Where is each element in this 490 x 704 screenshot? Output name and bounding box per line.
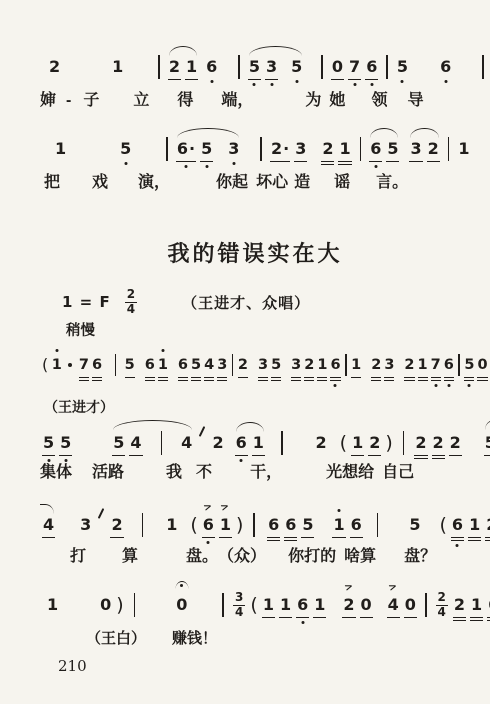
spacer [310,183,334,184]
beam-underline [321,161,334,163]
vocal-system2-lyrics: 打算盘。（众）你打的啥算盘？ [40,545,470,569]
intro-notes: (176561654323532161232176505050) [40,349,470,381]
note: 0 [330,57,345,77]
note: 5 [111,433,126,453]
note: 3 [264,57,279,77]
beam-underline [365,79,378,81]
note-digit: 1 [471,597,482,613]
beam-underline [296,617,309,619]
beam-underline [270,161,290,163]
beam-underline [330,380,340,382]
note-digit: 3 [384,358,394,373]
beam-underline [409,161,422,163]
note: 6 [144,355,156,375]
beam-underline [110,537,123,539]
lyric-word: 导 [407,91,423,110]
barline [281,431,283,455]
breath-mark-icon [199,426,206,437]
barline [238,55,240,79]
octave-dot-low [301,621,304,624]
spacer [375,605,385,606]
note-digit: 2 [49,59,60,75]
spacer [261,525,265,526]
accent-icon: > [220,501,232,514]
spacer [200,67,203,68]
beam-underline [145,380,155,382]
spacer [350,183,376,184]
note: 1> [218,515,233,535]
spacer [119,365,123,366]
octave-dot-low [468,384,471,387]
note: 0 [98,595,113,615]
spacer [387,101,407,102]
note-digit: 3 [295,141,306,157]
note-digit: 5 [409,517,420,533]
note-digit: 6 [236,435,247,451]
spacer [266,557,288,558]
spacer [126,525,136,526]
spacer [215,149,225,150]
beam-underline [468,537,481,539]
beam-underline [294,161,307,163]
note: 5 [58,433,73,453]
open-paren-icon: ( [42,355,48,375]
song-title: 我的错误实在大 [40,239,470,269]
note-digit: 1 [220,517,231,533]
beam-underline [348,79,361,81]
beam-underline [418,380,428,382]
octave-dot-low [447,384,450,387]
barline [260,137,262,161]
beam-underline [265,79,278,81]
octave-dot-low [64,459,67,462]
spacer [376,557,404,558]
octave-dot-high [338,509,341,512]
note-digit: 2 [322,141,333,157]
note-digit: 2 [238,358,248,373]
beam-underline [418,377,428,379]
note-digit: 1 [280,597,291,613]
time-signature: 24 [125,288,137,317]
octave-dot-low [353,83,356,86]
note: 1 [164,515,179,535]
note: 4 [179,433,194,453]
beam-underline [485,540,490,542]
octave-dot-low [240,459,243,462]
note-digit: 6 [203,517,214,533]
octave-dot-low [253,83,256,86]
spacer [212,473,250,474]
note: 2 [367,433,382,453]
note: 6 [266,515,281,535]
note: 6 [349,515,364,535]
note-digit: 6 [206,59,217,75]
beam-underline [330,377,340,379]
slur-arc [485,420,490,430]
note-digit: 2 [371,358,381,373]
beam-underline [470,617,483,619]
note-digit: 1 [166,517,177,533]
note: 1 [261,595,276,615]
beam-underline [369,161,382,163]
sheet-music-page: 2121653507656 婶-子立得端，为她领导 156·532·321653… [0,0,490,704]
note-digit: 3 [228,141,239,157]
beam-underline [404,380,414,382]
note: 2 [426,139,441,159]
note-digit: 0 [332,59,343,75]
note: 0 [476,355,488,375]
note-digit: 5 [60,435,71,451]
slur-arc [410,128,438,138]
spacer [126,605,128,606]
barline [115,354,117,376]
barline [161,431,163,455]
note: 1 [53,139,68,159]
beam-underline [468,540,481,542]
spacer [321,101,329,102]
note: 7 [430,355,442,375]
beam-underline [317,377,327,379]
beam-underline [368,455,381,457]
octave-dot-low [444,80,447,83]
octave-dot-low [334,384,337,387]
tempo-marking: 稍慢 [66,319,470,341]
note: 2 [413,433,428,453]
note-digit: 2 [271,141,282,157]
spoken-text: 赚钱！ [172,627,217,648]
barline [222,593,224,617]
note: 5 [395,57,410,77]
spacer [411,67,437,68]
octave-dot-low [295,80,298,83]
note: 6 [438,57,453,77]
note: 5 [41,433,56,453]
beam-underline [451,537,464,539]
performer-cue-label: （王进才） [44,397,470,419]
note-digit: 1 [186,59,197,75]
note: 6 [177,355,189,375]
lyric-word: 立 [133,91,149,110]
spacer [126,67,152,68]
note: 5 [118,139,133,159]
octave-dot-low [374,165,377,168]
beam-underline [178,377,188,379]
octave-dot-low [47,459,50,462]
beam-underline [191,380,201,382]
note: 2 [210,433,225,453]
slur-arc [370,128,398,138]
note-digit: 5 [302,517,313,533]
octave-dot-low [456,544,459,547]
vocal-system1-lyrics: 集体活路我不干，光想给自己 [40,461,470,485]
note: 0 [174,595,189,615]
note-digit: 6 [92,358,102,373]
beam-underline [431,380,441,382]
note: 5 [199,139,214,159]
note: 3 [290,355,302,375]
note-digit: 2 [486,517,490,533]
spacer [328,605,340,606]
time-signature: 24 [436,591,448,620]
beam-underline [432,458,445,460]
note: 1 [337,139,352,159]
close-paren-icon: ) [385,433,392,453]
note-digit: 5 [201,141,212,157]
note: 1 [110,57,125,77]
lyric-word: 演， [138,173,170,192]
note-digit: 1 [47,597,58,613]
time-sig-numerator: 2 [436,591,448,606]
note-digit: 3 [410,141,421,157]
beam-underline [338,161,351,163]
note-digit: 3 [80,517,91,533]
barline [403,431,405,455]
slur-arc [236,422,264,432]
beam-underline [204,377,214,379]
open-paren-icon: ( [190,515,197,535]
beam-underline [217,380,227,382]
octave-dot-low [370,83,373,86]
octave-dot-low [184,165,187,168]
song1-system2-lyrics: 把戏演，你起坏心造谣言。 [40,171,470,195]
slur-group: 54 [482,431,490,455]
breath-mark-icon [98,508,105,519]
note-digit: 6 [452,517,463,533]
beam-underline [125,377,135,379]
note-digit: 1 [263,597,274,613]
spacer [61,605,97,606]
spacer [141,605,173,606]
beam-underline [477,380,487,382]
note-digit: 2 [316,435,327,451]
note: 1 [51,355,63,375]
note: 2 [403,355,415,375]
note-digit: 6 [351,517,362,533]
note-digit: 4 [130,435,141,451]
spacer [365,525,371,526]
beam-underline [332,537,345,539]
beam-underline [217,377,227,379]
lyric-word: 算 [122,547,138,566]
note: 3 [293,139,308,159]
spacer [63,365,66,366]
slur-group: 6·53 [174,139,243,159]
beam-underline [178,380,188,382]
note: 5 [483,433,490,453]
note-digit: 5 [397,59,408,75]
note-digit: 4 [388,597,399,613]
note: 2> [341,595,356,615]
lyric-word: 你打的 [288,547,336,566]
note: 1 [350,355,362,375]
beam-underline [279,617,292,619]
lyric-word: 言。 [376,173,408,192]
note: 2 [109,515,124,535]
note: 5 [300,515,315,535]
beam-underline [202,537,215,539]
beam-underline [42,455,55,457]
augmentation-dot [68,363,72,367]
beam-underline [449,455,462,457]
note-digit: 2 [343,597,354,613]
note-digit: 2 [369,435,380,451]
lyric-word: 把 [44,173,60,192]
note-digit: 1 [351,358,361,373]
octave-dot-low [205,165,208,168]
note-digit: 7 [79,358,89,373]
song1-system1-lyrics: 婶-子立得端，为她领导 [40,89,470,113]
slur-arc [169,46,197,56]
beam-underline [92,380,102,382]
note-digit: 6 [440,59,451,75]
beam-underline [185,79,198,81]
beam-underline [431,377,441,379]
spacer [74,443,110,444]
note: 2 [452,595,467,615]
beam-underline [158,380,168,382]
note: 3 [408,139,423,159]
note: 6 [364,57,379,77]
beam-underline [284,540,297,542]
spacer [182,473,196,474]
spacer [69,149,117,150]
note-digit: 6 [177,141,188,157]
note-digit: 5 [191,358,201,373]
spacer [345,101,371,102]
lyric-word: 坏心 [256,173,288,192]
note: 2 [47,57,62,77]
beam-underline [304,380,314,382]
note-digit: 1 [158,358,168,373]
beam-underline [291,377,301,379]
spacer [86,557,122,558]
spacer [136,365,143,366]
beam-underline [371,377,381,379]
note-digit: 1 [458,141,469,157]
beam-underline [158,377,168,379]
note-digit: 1 [352,435,363,451]
lyric-word: 干， [250,463,282,482]
accent-icon: > [387,581,399,594]
note: 3 [226,139,241,159]
spacer [190,605,216,606]
barline [134,593,136,617]
beam-underline [219,537,232,539]
note-digit: 5 [464,358,474,373]
spacer [149,101,177,102]
spacer [99,101,133,102]
note: 3 [78,515,93,535]
spacer [309,149,319,150]
note: 5 [270,355,282,375]
spacer [71,101,83,102]
note-digit: 2 [454,597,465,613]
beam-underline [451,540,464,542]
note: 5 [190,355,202,375]
lyric-word: 子 [83,91,99,110]
note-digit: 0 [405,597,416,613]
lyric-word: 为 [305,91,321,110]
note: 4 [128,433,143,453]
fermata-icon [175,581,188,589]
beam-underline [252,455,265,457]
beam-underline [387,617,400,619]
note: 3 [383,355,395,375]
note-digit: 5 [120,141,131,157]
beam-underline [414,458,427,460]
note-digit: 1 [418,358,428,373]
note-digit: 6 [178,358,188,373]
note: 5 [124,355,136,375]
spacer [108,183,138,184]
beam-underline [271,380,281,382]
note-digit: 0 [477,358,487,373]
lyric-word: 谣 [334,173,350,192]
barline [482,55,484,79]
beam-underline [258,377,268,379]
beam-underline [313,617,326,619]
spacer [245,525,247,526]
slur-group: 61 [233,433,267,453]
spacer [134,149,160,150]
octave-dot-low [232,162,235,165]
spacer [72,473,92,474]
slur-group: 544 [110,431,195,455]
time-sig-numerator: 2 [125,288,137,303]
note: 0 [359,595,374,615]
beam-underline [271,377,281,379]
beam-underline [248,79,261,81]
note-digit: 5 [249,59,260,75]
beam-underline [291,380,301,382]
note: 2 [167,57,182,77]
note: 4 [203,355,215,375]
note-digit: 2 [212,435,223,451]
spacer [56,101,66,102]
note: 1 [456,139,471,159]
beam-underline [42,537,55,539]
key-signature-line: 1 = F 24 （王进才、众唱） [62,289,470,315]
lyric-word: 自己 [382,463,414,482]
barline [232,354,234,376]
beam-underline [176,161,196,163]
vocal-system3-notes: 10)034(11612>04>024216650) [40,589,470,621]
lyric-word: 戏 [92,173,108,192]
beam-underline [351,377,361,379]
note-digit: 1 [52,358,62,373]
note-digit: 4 [204,358,214,373]
note-digit: 3 [258,358,268,373]
note-digit: 5 [291,59,302,75]
beam-underline [267,540,280,542]
spacer [242,149,254,150]
beam-underline [351,455,364,457]
note-digit: 0 [100,597,111,613]
beam-underline [432,455,445,457]
note: 3 [216,355,228,375]
lyric-word: 造 [294,173,310,192]
note-digit: 6 [285,517,296,533]
spacer [40,605,44,606]
slur-arc [113,420,192,430]
time-signature: 34 [233,591,245,620]
open-paren-icon: ( [250,595,257,615]
fermata-dot [180,584,183,587]
lyric-word: （众） [218,547,266,566]
beam-underline [464,380,474,382]
note-digit: 2 [111,517,122,533]
beam-underline [342,617,355,619]
